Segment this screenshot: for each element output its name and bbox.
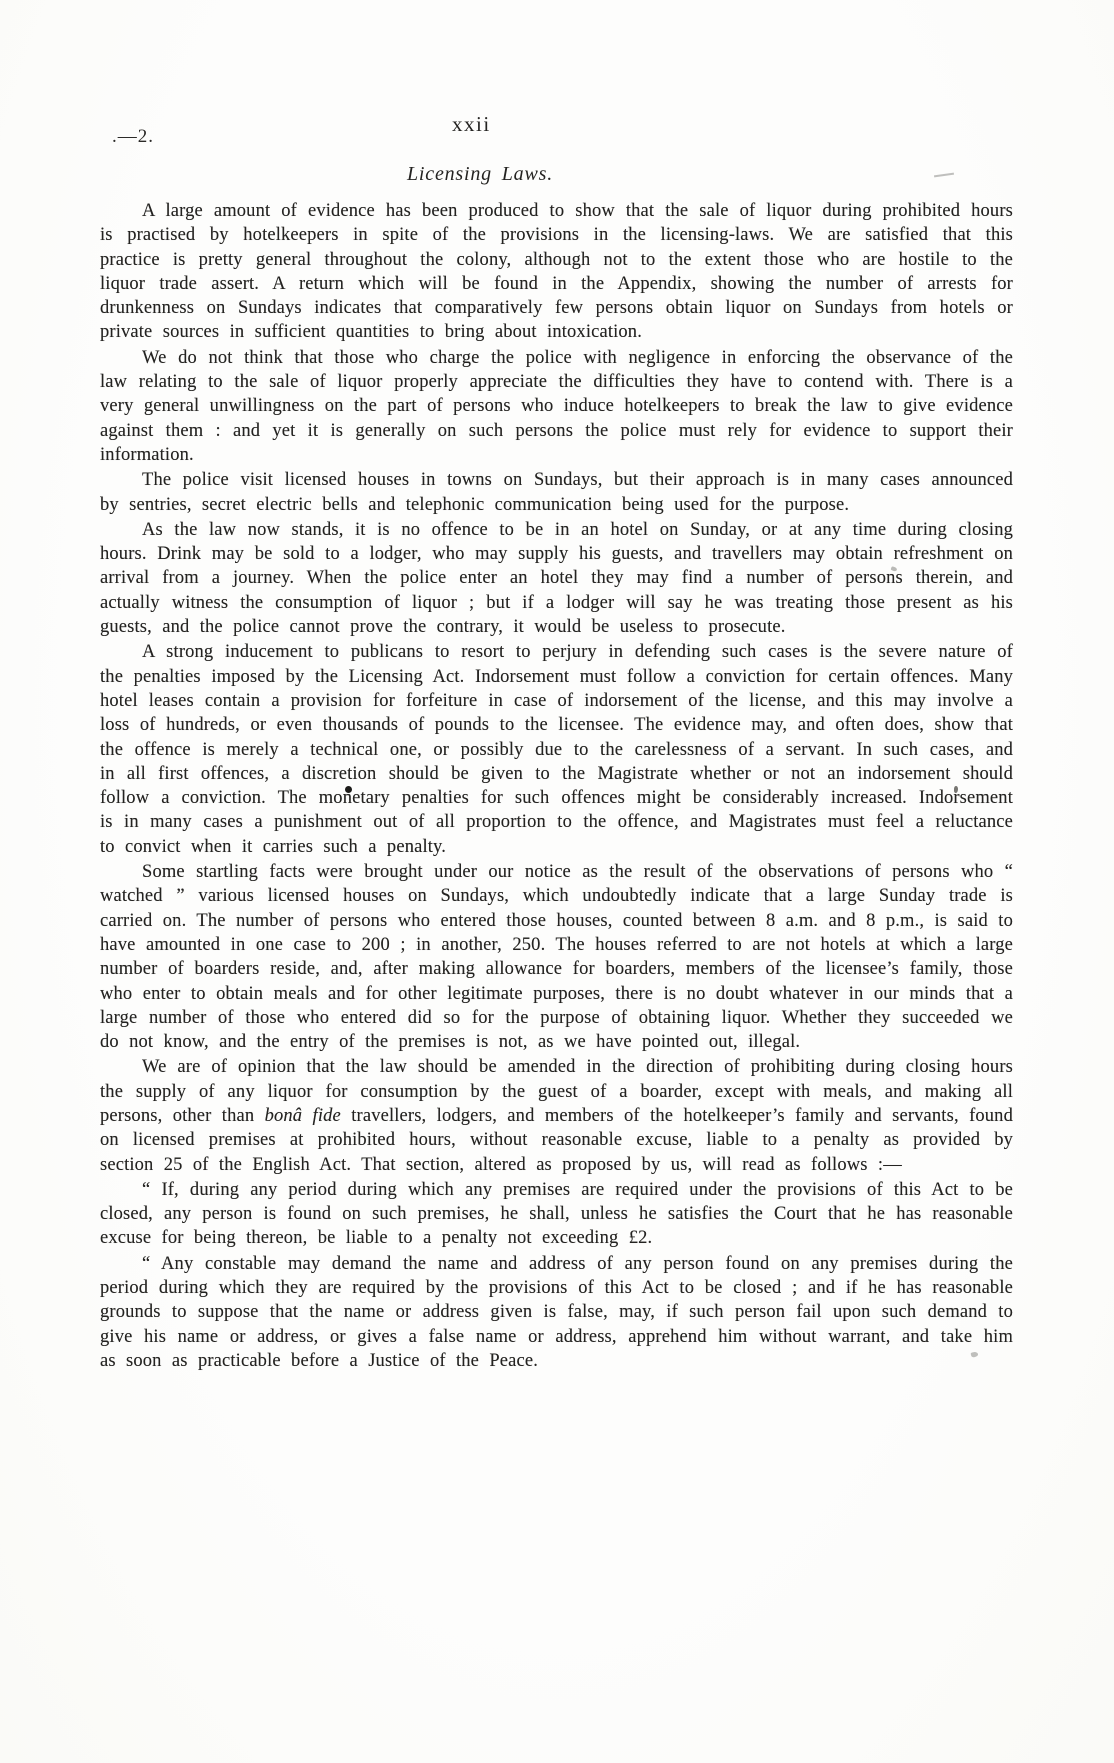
paragraph: The police visit licensed houses in town… bbox=[100, 468, 1013, 517]
latin-phrase: bonâ fide bbox=[265, 1106, 341, 1126]
document-body: A large amount of evidence has been prod… bbox=[100, 199, 1013, 1374]
document-page: .—2. xxii Licensing Laws. A large amount… bbox=[0, 0, 1114, 1763]
paragraph: A strong inducement to publicans to reso… bbox=[100, 640, 1013, 859]
paragraph: As the law now stands, it is no offence … bbox=[100, 518, 1013, 639]
scan-artifact bbox=[934, 173, 954, 178]
ink-spot-artifact bbox=[345, 786, 352, 793]
paragraph: A large amount of evidence has been prod… bbox=[100, 199, 1013, 345]
margin-note: .—2. bbox=[112, 126, 154, 148]
paragraph: Some startling facts were brought under … bbox=[100, 860, 1013, 1054]
paragraph: We do not think that those who charge th… bbox=[100, 346, 1013, 467]
page-number: xxii bbox=[452, 112, 491, 137]
quoted-paragraph: “ Any constable may demand the name and … bbox=[100, 1252, 1013, 1373]
quoted-paragraph: “ If, during any period during which any… bbox=[100, 1178, 1013, 1251]
page-header: .—2. xxii bbox=[100, 112, 1013, 146]
paragraph: We are of opinion that the law should be… bbox=[100, 1055, 1013, 1176]
section-title: Licensing Laws. bbox=[100, 163, 860, 186]
